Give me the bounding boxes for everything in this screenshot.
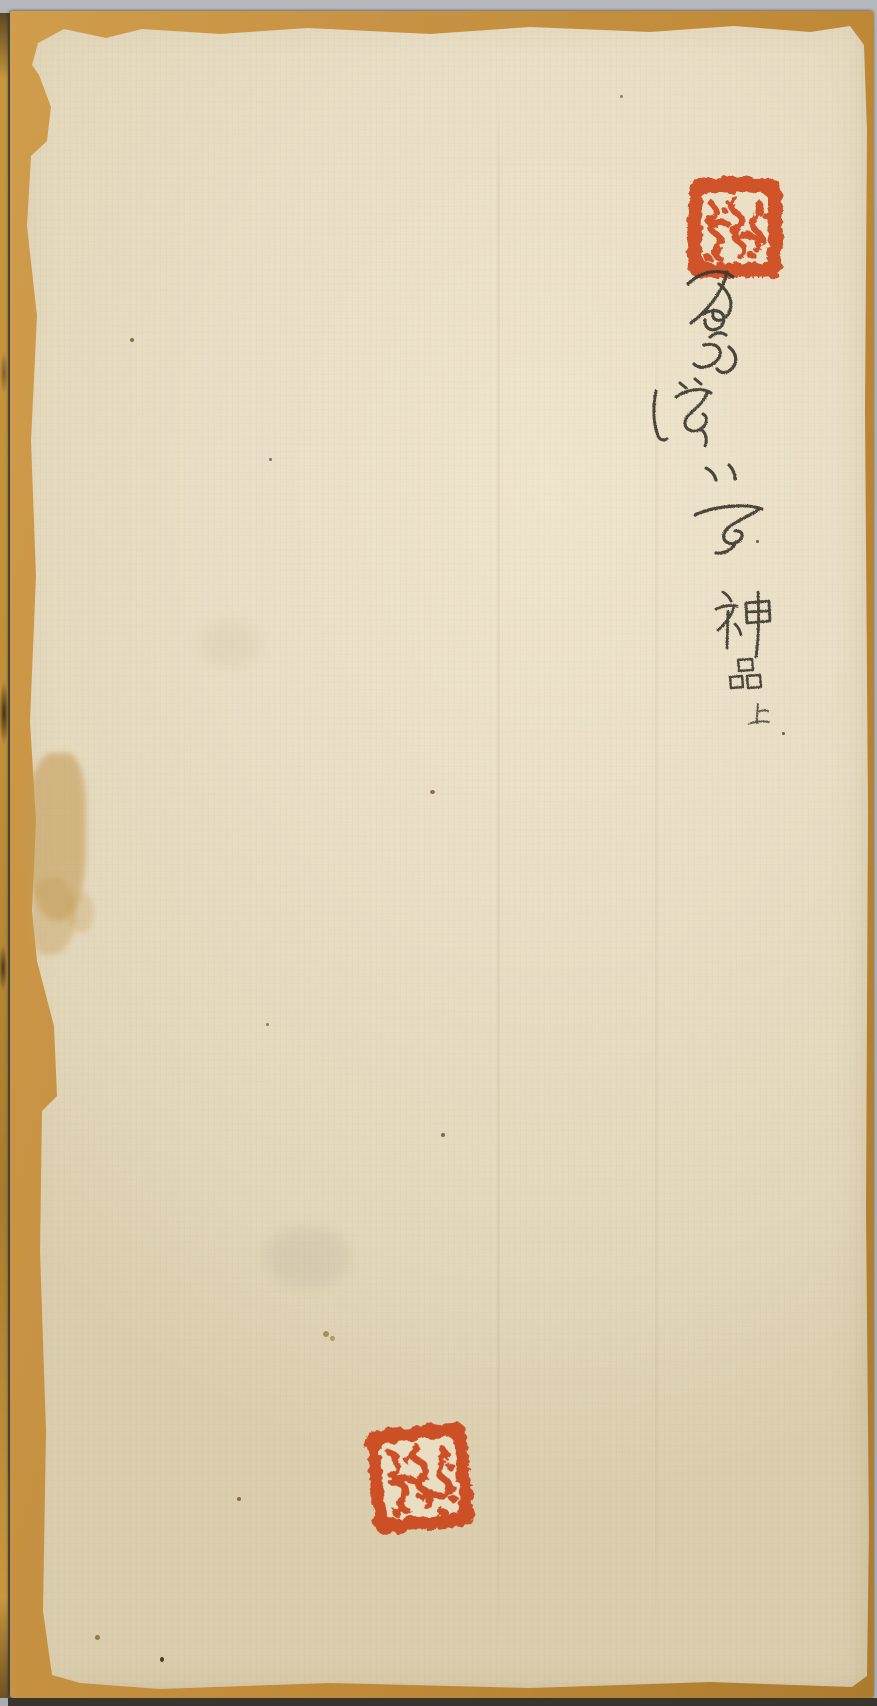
foxing-spot bbox=[330, 1336, 335, 1341]
char-yong bbox=[694, 333, 736, 373]
foxing-spot bbox=[441, 1133, 445, 1137]
char-shang bbox=[749, 704, 769, 724]
foxing-spot bbox=[130, 338, 134, 342]
foxing-spot bbox=[160, 1657, 164, 1662]
foxing-spot bbox=[620, 95, 623, 98]
leaf-bottom-edge bbox=[8, 1698, 877, 1706]
smudge bbox=[200, 621, 260, 667]
char-shen bbox=[716, 592, 770, 657]
foxing-spot bbox=[323, 1331, 329, 1337]
char-pin bbox=[730, 659, 761, 688]
ink-inscription bbox=[610, 250, 810, 770]
char-zhen bbox=[654, 379, 711, 446]
foxing-spot bbox=[237, 1497, 241, 1501]
smudge bbox=[265, 1226, 351, 1288]
foxing-spot bbox=[430, 790, 435, 794]
char-cao bbox=[695, 465, 762, 553]
char-zhi bbox=[688, 272, 733, 330]
foxing-spot bbox=[269, 458, 272, 461]
water-stain bbox=[68, 891, 94, 933]
fold-crease bbox=[497, 71, 500, 1661]
foxing-spot bbox=[266, 1023, 269, 1026]
album-leaf-backing bbox=[10, 11, 874, 1698]
scanned-album-leaf: 智永真草 神品上 智 永 真 草 神 品 上 bbox=[0, 0, 877, 1706]
foxing-spot bbox=[95, 1635, 100, 1640]
collector-seal-bottom-icon bbox=[355, 1409, 486, 1547]
